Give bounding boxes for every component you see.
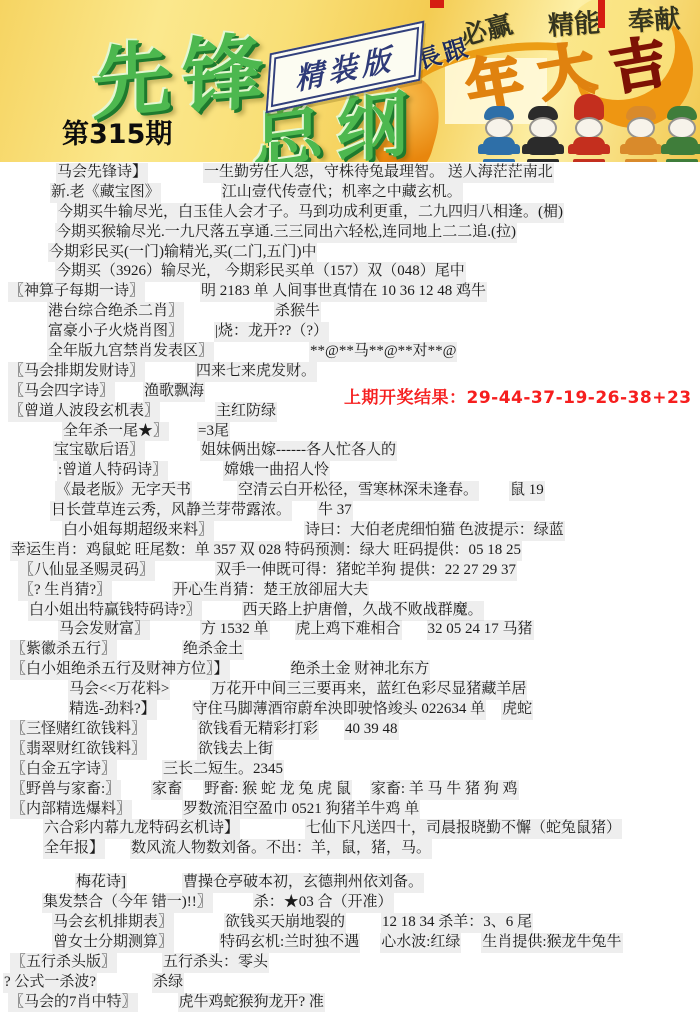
content-segment: 〖神算子每期一诗〗 [8,282,145,302]
content-segment: 杀绿 [152,973,184,993]
content-line: 马会先锋诗】一生勤劳任人怨，守株待兔最理智。 送人海茫茫南北 [0,163,700,183]
content-segment: 40 39 48 [344,720,399,740]
content-line: :曾道人特码诗〗嫦娥一曲招人怜 [0,461,700,481]
content-segment: 数风流人物数刘备。不出：羊，鼠，猪，马。 [130,839,432,859]
content-segment: 家畜: 羊 马 牛 猪 狗 鸡 [370,780,519,800]
content-segment: 白小姐每期超级来料〗 [62,521,214,541]
content-segment: 绝杀金土 [182,640,244,660]
content-segment: 欲钱看无精彩打彩 [197,720,319,740]
content-segment: 今期买牛输尽光，白玉佳人会才子。马到功成利更重，二九四归八相逢。(楣) [57,203,564,223]
issue-number: 第315期 [62,112,172,151]
content-segment: 渔歌飘海 [143,382,205,402]
content-segment: 日长萱草连云秀，风静兰芽带露浓。 [50,501,292,521]
content-line: 〖白金五字诗〗三长二短生。2345 [0,760,700,780]
content-line: 马会玄机排期表〗欲钱买天崩地裂的12 18 34 杀羊：3、6 尾 [0,913,700,933]
content-segment: 今期买（3926）输尽光， 今期彩民买单（157）双（048）尾中 [55,262,466,282]
lottery-tip-sheet: 年 大 吉 必赢 精能 奉献 長跟 先 锋 总 纲 精装版 第315期 马会先锋… [0,0,700,1017]
content-segment: 鼠 19 [509,481,545,501]
content-segment: 12 18 34 杀羊：3、6 尾 [381,913,533,933]
content-segment: 〖白小姐绝杀五行及财神方位〗】 [10,660,230,680]
content-segment: 马会<<万花料> [68,680,170,700]
content-segment: 欲钱买天崩地裂的 [224,913,346,933]
content-segment: 〖翡翠财红欲钱料〗 [10,740,147,760]
content-segment: 西天路上护唐僧，久战不败战群魔。 [242,601,484,621]
content-segment: 马会先锋诗】 [56,163,148,183]
content-segment: 〖白金五字诗〗 [10,760,117,780]
content-segment: 曾女士分期测算〗 [52,933,174,953]
content-segment: 七仙下凡送四十，司晨报晓勤不懈（蛇兔鼠猪） [305,819,622,839]
content-segment: 〖马会的7肖中特〗 [8,993,138,1013]
content-line: 白小姐每期超级来料〗诗曰：大伯老虎细怕猫 色波提示：绿蓝 [0,521,700,541]
content-segment: |烧：龙开??（?） [214,322,329,342]
content-line: 梅花诗]曹操仓亭破本初，玄德荆州依刘备。 [0,873,700,893]
content-segment: 方 1532 单 [200,620,270,640]
content-segment: 虎上鸡下难相合 [295,620,402,640]
content-segment: 马会玄机排期表〗 [52,913,174,933]
content-line: 〖紫徽杀五行〗绝杀金土 [0,640,700,660]
content-segment: 今期彩民买(一门)输精光,买(二门,五门)中 [48,243,317,263]
content-line: 〖神算子每期一诗〗明 2183 单 人间事世真情在 10 36 12 48 鸡牛 [0,282,700,302]
edition-badge-label: 精装版 [294,36,396,99]
red-corner-accent [598,0,605,28]
content-lines: 马会先锋诗】一生勤劳任人怨，守株待兔最理智。 送人海茫茫南北新.老《藏宝图》江山… [0,163,700,1012]
content-segment: 梅花诗] [75,873,127,893]
content-line: 幸运生肖：鸡鼠蛇 旺尾数：单 357 双 028 特码预测：绿大 旺码提供：05… [0,541,700,561]
content-segment: 三长二短生。2345 [162,760,284,780]
content-line: 全年版九宫禁肖发表区〗**@**马**@**对**@ [0,342,700,362]
content-segment: 〖? 生肖猜?〗 [18,581,112,601]
content-line: 全年杀一尾★〗=3尾 [0,422,700,442]
content-segment: 全年杀一尾★〗 [62,422,169,442]
content-segment: 明 2183 单 人间事世真情在 10 36 12 48 鸡牛 [200,282,487,302]
content-line: 〖内部精选爆料〗罗数流泪空盈巾 0521 狗猪羊牛鸡 单 [0,800,700,820]
content-line: 曾女士分期测算〗特码玄机:兰时独不遇心水波:红绿生肖提供:猴龙牛兔牛 [0,933,700,953]
content-segment: 〖内部精选爆料〗 [10,800,132,820]
mascot-figure [661,106,700,160]
content-segment: 守住马脚薄酒帘蔚牟泱即驶恪竣头 022634 单 [192,700,487,720]
content-segment: 马会发财富〗 [58,620,150,640]
content-segment: 今期买猴输尽光.一九尺落五享通.三三同出六轻松,连同地上二二追.(拉) [55,223,517,243]
content-line: 〖八仙显圣赐灵码〗双手一伸既可得：猪蛇羊狗 提供：22 27 29 37 [0,561,700,581]
content-segment: 富豪小子火烧肖图〗 [47,322,184,342]
mascot-figure [522,106,564,160]
content-segment: 〖野兽与家畜:〗 [10,780,121,800]
content-segment: 姐妹俩出嫁------各人忙各人的 [200,441,397,461]
content-segment: 牛 37 [317,501,353,521]
content-line: 港台综合绝杀二肖〗杀猴牛 [0,302,700,322]
content-segment: 杀：★03 合（开准） [253,893,394,913]
content-line: 马会<<万花料>万花开中间三三要再来，蓝红色彩尽显猪藏羊居 [0,680,700,700]
content-segment: 〖曾道人波段玄机表〗 [8,402,160,422]
content-line: 〖? 生肖猜?〗开心生肖猜：楚王放卻屈大夫 [0,581,700,601]
content-segment: 新.老《藏宝图》 [50,183,161,203]
content-line: 全年报】数风流人物数刘备。不出：羊，鼠，猪，马。 [0,839,700,859]
content-segment: 32 05 24 17 马猪 [427,620,534,640]
content-segment: 〖马会排期发财诗〗 [8,362,145,382]
content-line: 今期彩民买(一门)输精光,买(二门,五门)中 [0,243,700,263]
content-segment: 白小姐出特赢钱特码诗?〗 [28,601,202,621]
content-segment: 《最老版》无字天书 [55,481,192,501]
content-segment: =3尾 [197,422,230,442]
content-segment: 杀猴牛 [274,302,321,322]
content-segment: 宝宝歇后语〗 [53,441,145,461]
content-segment: 心水波:红绿 [380,933,461,953]
mascot-figure [620,106,662,160]
content-segment: 生肖提供:猴龙牛兔牛 [481,933,622,953]
content-segment: 诗曰：大伯老虎细怕猫 色波提示：绿蓝 [304,521,565,541]
content-segment: 五行杀头：零头 [162,953,269,973]
content-segment: 〖马会四字诗〗 [8,382,115,402]
content-segment: 一生勤劳任人怨，守株待兔最理智。 送人海茫茫南北 [203,163,554,183]
content-line: 今期买牛输尽光，白玉佳人会才子。马到功成利更重，二九四归八相逢。(楣) [0,203,700,223]
content-segment: 嫦娥一曲招人怜 [223,461,330,481]
content-line: 六合彩内幕九龙特码玄机诗】七仙下凡送四十，司晨报晓勤不懈（蛇兔鼠猪） [0,819,700,839]
content-segment: 精选-劲料?】 [68,700,157,720]
mascot-figure [478,106,520,160]
content-segment: 开心生肖猜：楚王放卻屈大夫 [172,581,369,601]
content-segment: 万花开中间三三要再来，蓝红色彩尽显猪藏羊居 [210,680,527,700]
content-line: 〖三怪赌红欲钱料〗欲钱看无精彩打彩40 39 48 [0,720,700,740]
content-segment: 野畜: 猴 蛇 龙 兔 虎 鼠 [203,780,352,800]
content-segment: 欲钱去上街 [197,740,274,760]
content-line: ? 公式一杀波?杀绿 [0,973,700,993]
content-segment: 全年报】 [43,839,105,859]
content-line: 精选-劲料?】守住马脚薄酒帘蔚牟泱即驶恪竣头 022634 单虎蛇 [0,700,700,720]
content-segment: 空清云白开松径，雪寒林深未逢春。 [237,481,479,501]
content-line: 〖五行杀头版〗五行杀头：零头 [0,953,700,973]
content-segment: 〖紫徽杀五行〗 [10,640,117,660]
content-segment: 集发禁合（今年 错一)!!〗 [42,893,213,913]
content-segment: 〖五行杀头版〗 [10,953,117,973]
content-segment: 江山壹代传壹代；机率之中藏玄机。 [221,183,463,203]
content-line: 日长萱草连云秀，风静兰芽带露浓。牛 37 [0,501,700,521]
content-segment: ? 公式一杀波? [3,973,97,993]
masthead: 年 大 吉 必赢 精能 奉献 長跟 先 锋 总 纲 精装版 第315期 [0,0,700,162]
slogan-fengxian: 奉献 [627,0,681,39]
content-segment: 港台综合绝杀二肖〗 [47,302,184,322]
content-line: 新.老《藏宝图》江山壹代传壹代；机率之中藏玄机。 [0,183,700,203]
content-segment: 特码玄机:兰时独不遇 [219,933,360,953]
content-segment: 绝杀土金 财神北东方 [290,660,431,680]
content-segment: 家畜 [151,780,183,800]
content-line: 今期买（3926）输尽光， 今期彩民买单（157）双（048）尾中 [0,262,700,282]
red-corner-accent [430,0,444,8]
content-segment: 〖八仙显圣赐灵码〗 [18,561,155,581]
content-segment: :曾道人特码诗〗 [57,461,168,481]
content-segment: 幸运生肖：鸡鼠蛇 旺尾数：单 357 双 028 特码预测：绿大 旺码提供：05… [10,541,522,561]
previous-draw-result: 上期开奖结果：29-44-37-19-26-38+23 [344,383,692,408]
content-line: 〖白小姐绝杀五行及财神方位〗】绝杀土金 财神北东方 [0,660,700,680]
content-line: 〖马会排期发财诗〗四来七来虎发财。 [0,362,700,382]
slogan-jingneng: 精能 [547,2,601,43]
content-line: 《最老版》无字天书空清云白开松径，雪寒林深未逢春。鼠 19 [0,481,700,501]
content-segment: 六合彩内幕九龙特码玄机诗】 [43,819,240,839]
content-segment: 双手一伸既可得：猪蛇羊狗 提供：22 27 29 37 [215,561,517,581]
content-line: 马会发财富〗方 1532 单虎上鸡下难相合32 05 24 17 马猪 [0,620,700,640]
content-segment: 四来七来虎发财。 [195,362,317,382]
content-line: 〖马会的7肖中特〗虎牛鸡蛇猴狗龙开? 准 [0,993,700,1013]
content-line: 白小姐出特赢钱特码诗?〗西天路上护唐僧，久战不败战群魔。 [0,601,700,621]
content-segment: 主红防绿 [215,402,277,422]
content-segment: 罗数流泪空盈巾 0521 狗猪羊牛鸡 单 [182,800,420,820]
content-segment: 〖三怪赌红欲钱料〗 [10,720,147,740]
content-line: 富豪小子火烧肖图〗|烧：龙开??（?） [0,322,700,342]
content-line: 集发禁合（今年 错一)!!〗杀：★03 合（开准） [0,893,700,913]
content-segment: 虎蛇 [501,700,533,720]
content-line: 今期买猴输尽光.一九尺落五享通.三三同出六轻松,连同地上二二追.(拉) [0,223,700,243]
content-segment: 虎牛鸡蛇猴狗龙开? 准 [178,993,325,1013]
content-line: 〖野兽与家畜:〗家畜野畜: 猴 蛇 龙 兔 虎 鼠家畜: 羊 马 牛 猪 狗 鸡 [0,780,700,800]
mascot-figure [568,94,610,148]
content-segment: 全年版九宫禁肖发表区〗 [47,342,214,362]
content-segment: **@**马**@**对**@ [309,342,457,362]
content-segment: 曹操仓亭破本初，玄德荆州依刘备。 [182,873,424,893]
content-line: 宝宝歇后语〗姐妹俩出嫁------各人忙各人的 [0,441,700,461]
content-line: 〖翡翠财红欲钱料〗欲钱去上街 [0,740,700,760]
